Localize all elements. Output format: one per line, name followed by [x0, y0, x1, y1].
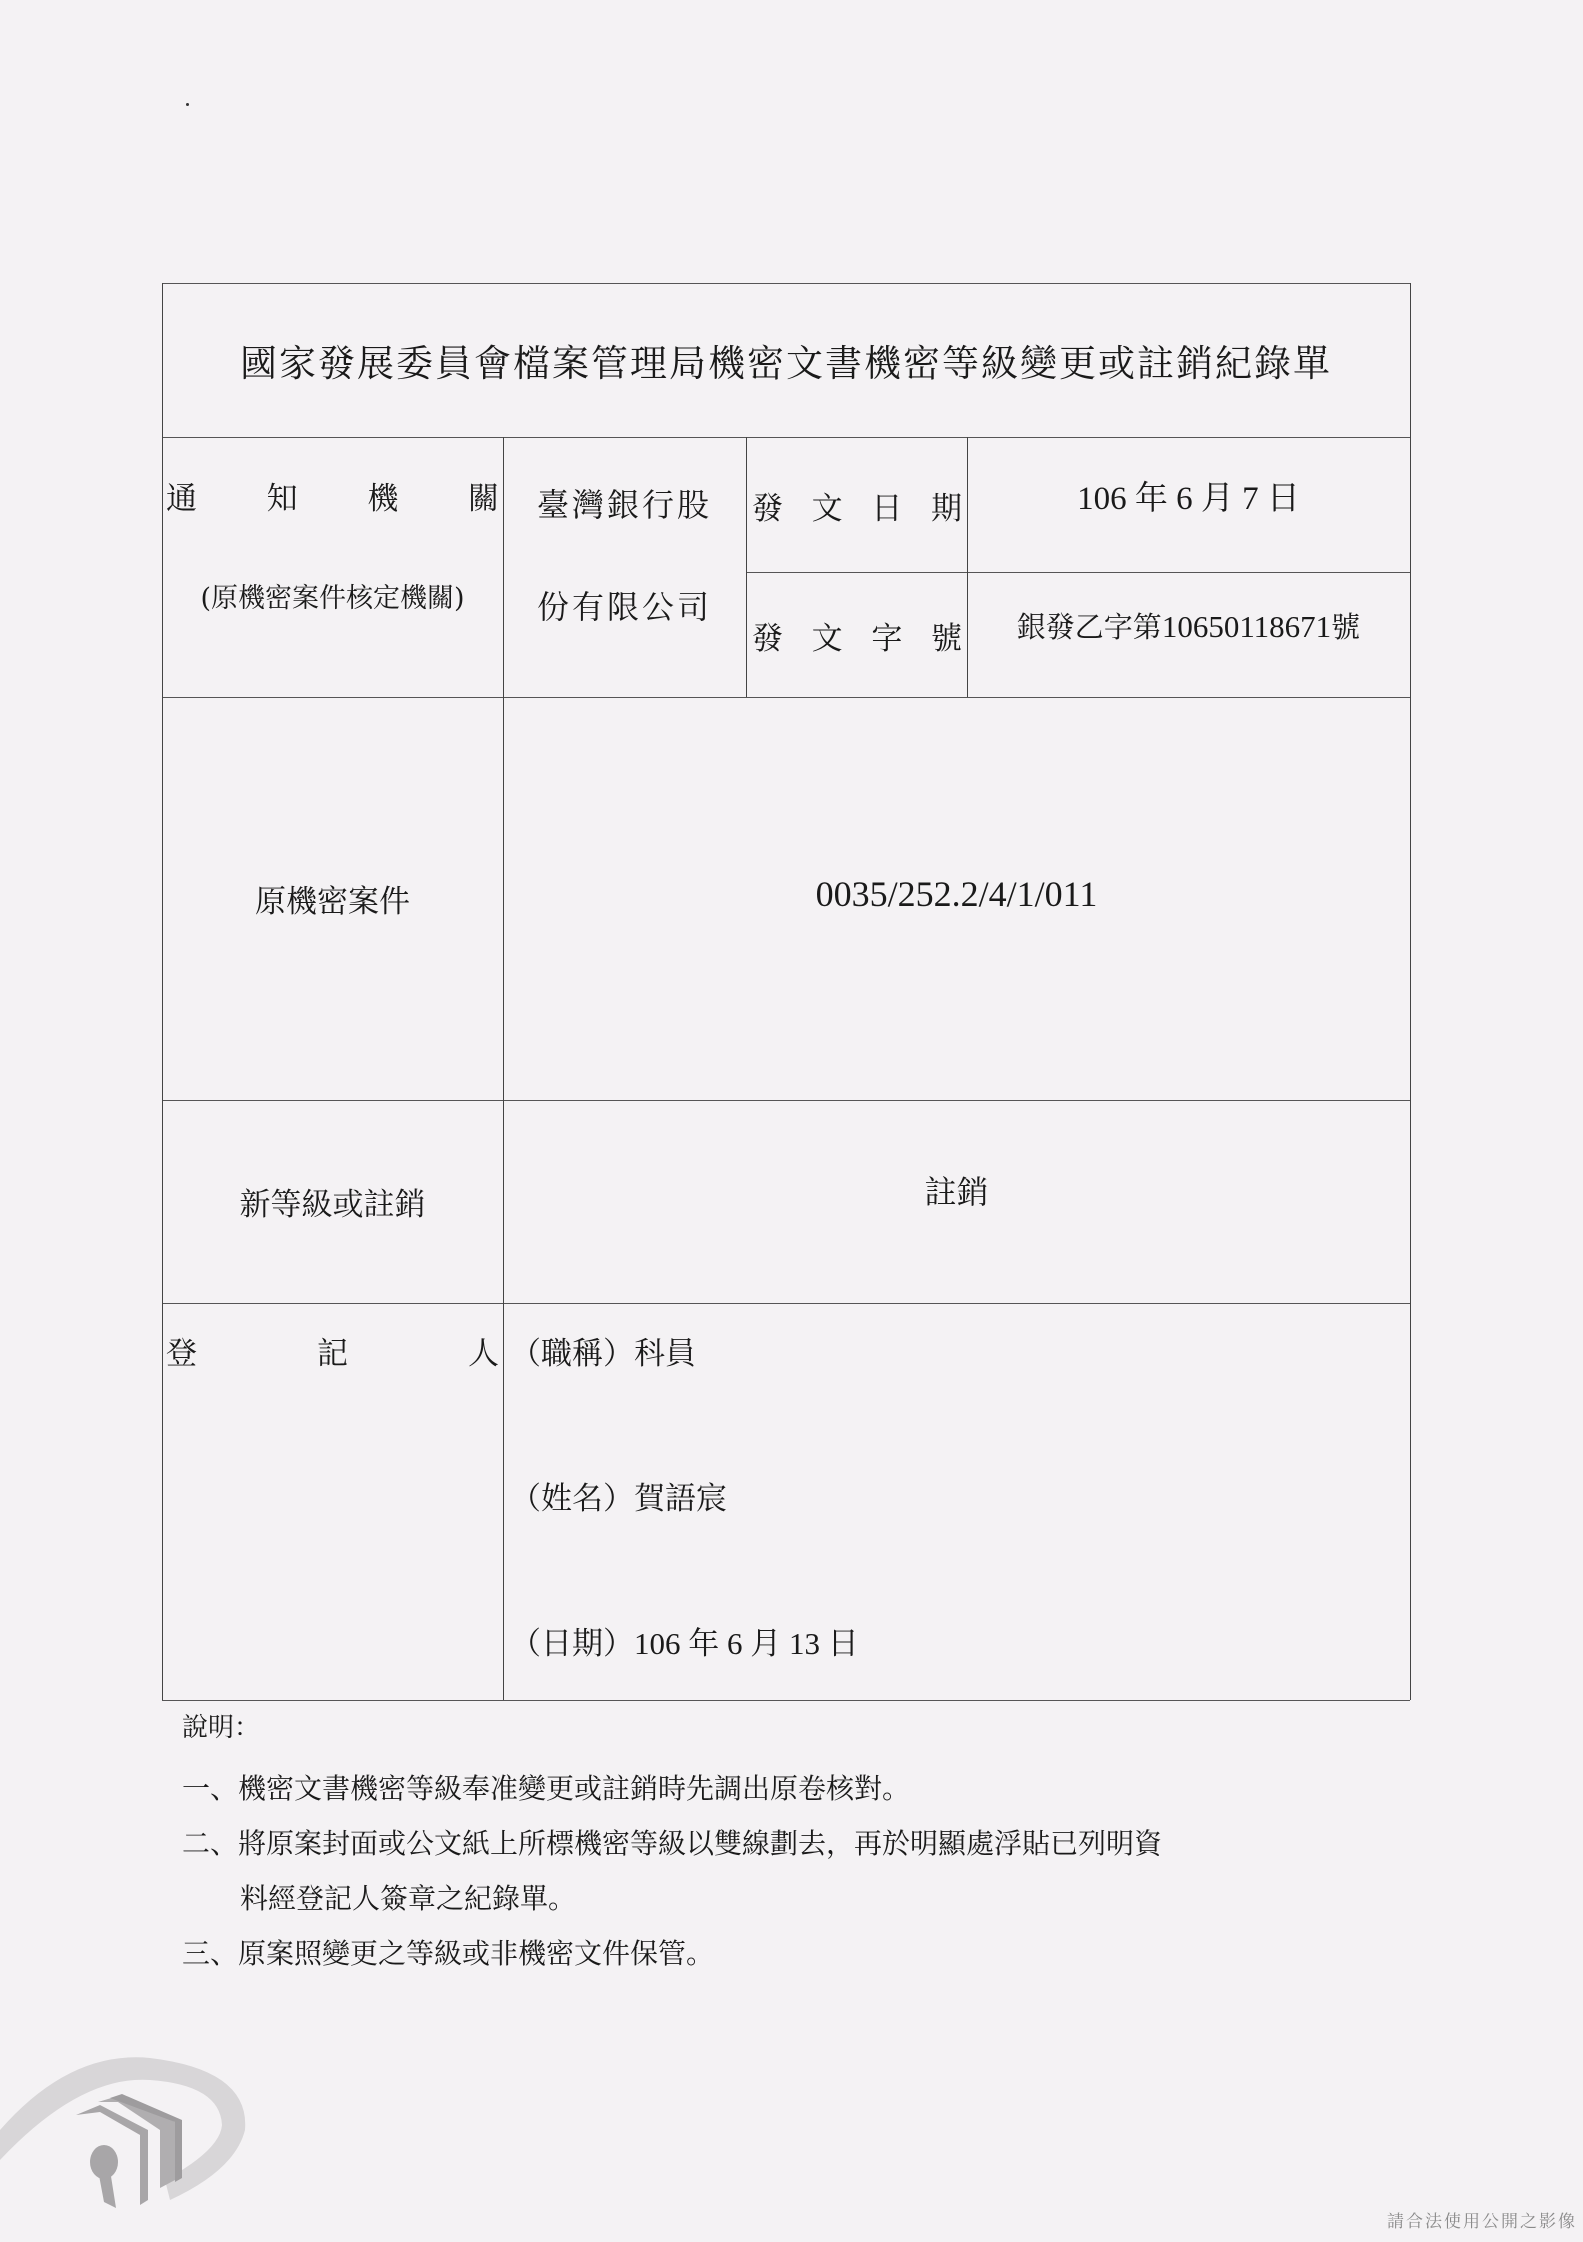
issue-date-label-cell: 發 文 日 期: [752, 480, 962, 530]
new-level-label: 新等級或註銷: [240, 1179, 426, 1224]
label-char: 登: [166, 1328, 197, 1373]
note-item-2: 二、將原案封面或公文紙上所標機密等級以雙線劃去，再於明顯處浮貼已列明資: [182, 1830, 1162, 1858]
new-level-label-cell: 新等級或註銷: [162, 1100, 503, 1303]
original-case-value: 0035/252.2/4/1/011: [816, 873, 1098, 915]
label-char: 通: [166, 473, 197, 518]
registrar-name-row: （姓名） 賀語宸: [510, 1470, 727, 1520]
registrar-date-value: 106 年 6 月 13 日: [634, 1618, 859, 1663]
new-level-value-cell: 註銷: [503, 1100, 1410, 1280]
label-char: 機: [367, 473, 398, 518]
label-char: 文: [812, 613, 843, 658]
table-divider: [162, 437, 1410, 438]
original-case-label: 原機密案件: [255, 876, 410, 921]
issue-number-value: 銀發乙字第10650118671號: [1017, 605, 1360, 646]
watermark-text: 請合法使用公開之影像: [1387, 2207, 1577, 2232]
label-char: 人: [468, 1328, 499, 1373]
page-title: 國家發展委員會檔案管理局機密文書機密等級變更或註銷紀錄單: [240, 333, 1332, 387]
new-level-value: 註銷: [924, 1167, 988, 1213]
label-char: 號: [931, 613, 962, 658]
registrar-label-cell: 登 記 人: [166, 1325, 499, 1375]
table-border-bottom: [162, 1700, 1410, 1701]
label-char: 文: [812, 483, 843, 528]
notifying-agency-sublabel: (原機密案件核定機關): [200, 576, 464, 615]
notifying-agency-value-line1: 臺灣銀行股: [503, 478, 746, 528]
label-char: 發: [752, 613, 783, 658]
label-char: 字: [871, 613, 902, 658]
issue-number-label-cell: 發 文 字 號: [752, 610, 962, 660]
note-item-2-continued: 料經登記人簽章之紀錄單。: [240, 1885, 576, 1913]
registrar-title-row: （職稱） 科員: [510, 1325, 696, 1375]
label-char: 期: [931, 483, 962, 528]
label-char: 知: [267, 473, 298, 518]
scan-speck: [186, 103, 189, 106]
original-case-label-cell: 原機密案件: [162, 697, 503, 1100]
registrar-title-value: 科員: [634, 1328, 696, 1373]
original-case-value-cell: 0035/252.2/4/1/011: [503, 697, 1410, 1090]
registrar-name-value: 賀語宸: [634, 1473, 727, 1518]
issue-date-value: 106 年 6 月 7 日: [1077, 472, 1300, 519]
label-char: 關: [468, 473, 499, 518]
notifying-agency-value-line2: 份有限公司: [503, 580, 746, 630]
label-char: 日: [871, 483, 902, 528]
label-char: 發: [752, 483, 783, 528]
issue-number-value-cell: 銀發乙字第10650118671號: [967, 600, 1410, 650]
table-divider: [746, 437, 747, 697]
label-char: 記: [317, 1328, 348, 1373]
table-divider: [746, 572, 1410, 573]
title-cell: 國家發展委員會檔案管理局機密文書機密等級變更或註銷紀錄單: [162, 283, 1410, 437]
notifying-agency-label-cell: 通 知 機 關: [166, 470, 499, 520]
notifying-agency-sublabel-cell: (原機密案件核定機關): [162, 570, 503, 620]
registrar-date-row: （日期） 106 年 6 月 13 日: [510, 1615, 859, 1665]
note-item-3: 三、原案照變更之等級或非機密文件保管。: [182, 1940, 714, 1968]
notes-heading: 說明：: [182, 1715, 260, 1741]
table-border-right: [1410, 283, 1411, 1700]
note-item-1: 一、機密文書機密等級奉准變更或註銷時先調出原卷核對。: [182, 1775, 910, 1803]
archives-book-keyhole-logo-icon: [0, 2030, 260, 2234]
issue-date-value-cell: 106 年 6 月 7 日: [967, 470, 1410, 520]
table-divider: [162, 1303, 1410, 1304]
